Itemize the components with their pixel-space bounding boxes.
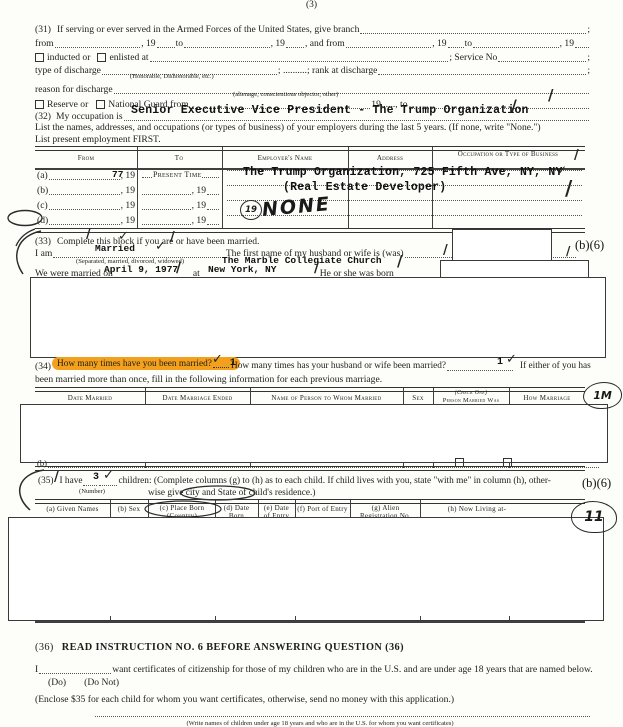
employment-header-to: To: [140, 154, 218, 162]
q35-table-top-border: [35, 499, 585, 504]
q34-header-date-ended: Date Marriage Ended: [147, 394, 248, 402]
blank-a-from: [49, 179, 120, 180]
q31-yr3: , 19: [432, 38, 446, 49]
q31-semi2: ;: [587, 52, 590, 63]
scanned-form-page: (3) (31) If serving or ever served in th…: [0, 0, 623, 727]
row-a-present-time: Present Time: [153, 170, 201, 179]
q31-yr2: , 19: [271, 38, 285, 49]
q32-lead-text: My occupation is: [56, 111, 123, 122]
row-d-yr: , 19: [121, 215, 135, 226]
q31-from: from: [35, 38, 54, 49]
pen-oval-place-born: [144, 500, 222, 518]
q35-col-line-6: [350, 500, 351, 517]
q31-semi: ;: [587, 24, 590, 35]
pen-check-intro33: ✓: [118, 229, 129, 244]
pen-oval-row-d: [6, 209, 44, 227]
row-c-yr: , 19: [121, 200, 135, 211]
q34-header-how-marriage: How Marriage: [511, 394, 583, 402]
typed-answer-2: 1: [497, 357, 503, 368]
employment-header-address: Address: [351, 154, 429, 162]
blank-do-donot: [39, 673, 111, 674]
blank-enlisted-at: [150, 61, 449, 62]
typed-business-type: (Real Estate Developer): [283, 181, 446, 194]
blank-occupation: [124, 120, 589, 121]
dots: [142, 177, 152, 178]
q31-line-discharge: type of discharge ; ..........; rank at …: [35, 65, 590, 76]
blank-branch: [360, 33, 586, 34]
inducted-checkbox[interactable]: [35, 53, 44, 62]
q36-enclose-text: (Enclose $35 for each child for whom you…: [35, 694, 454, 705]
employment-row-c-to: , 19: [141, 200, 220, 211]
employment-row-c-from: (c) , 19: [37, 200, 135, 211]
dots: [213, 367, 229, 368]
pen-slash-occupation: /: [511, 96, 517, 115]
row-b-to-yr: , 19: [192, 185, 206, 196]
q36-label: (36): [35, 642, 54, 654]
q36-certificates-text: want certificates of citizenship for tho…: [112, 664, 592, 675]
blank-from2: [346, 47, 432, 48]
q31-rank-label: ; ..........; rank at discharge: [278, 65, 377, 76]
q35-line-1: (35) I have children: (Complete columns …: [38, 476, 576, 487]
blank-to2: [473, 47, 559, 48]
employment-intro-1: List the names, addresses, and occupatio…: [35, 122, 541, 133]
row-b-label: (b): [37, 185, 48, 196]
q34-table-bottom-border: [35, 466, 585, 471]
q34-header-date-married: Date Married: [40, 394, 140, 402]
q31-line-dates: from , 19 to , 19 , and from , 19 to , 1…: [35, 38, 590, 49]
q31-yr4: , 19: [560, 38, 574, 49]
q31-service-label: ; Service No: [449, 52, 497, 63]
dots: [142, 194, 191, 195]
employment-row-b-to: , 19: [141, 185, 220, 196]
q31-inducted-label: inducted or: [47, 52, 90, 63]
pen-slash-business: /: [565, 176, 572, 200]
redaction-box-spouse-name: [452, 229, 552, 264]
typed-year-77: 77: [112, 169, 123, 180]
typed-children-count: 3: [93, 472, 99, 483]
q35-header-date-entry: (e) Date: [259, 504, 294, 512]
q36-certificates-line: I want certificates of citizenship for t…: [35, 664, 590, 675]
q35-header-port-entry: (f) Port of Entry: [296, 505, 349, 513]
employment-header-occupation: Occupation or Type of Business: [438, 150, 578, 158]
employment-row-d-from: (d) , 19: [37, 215, 135, 226]
blank-reason: [114, 93, 589, 94]
circled-1m-text: 1M: [593, 389, 612, 402]
q35-col-stub-5: [509, 616, 510, 621]
q31-reason-hint: (alienage, conscientious objector, other…: [233, 91, 338, 98]
q32-label: (32): [35, 111, 51, 122]
q35-col-stub-1: [110, 616, 111, 621]
blank-children-names: [95, 708, 590, 717]
q35-i-have-label: I have: [60, 476, 83, 487]
row-a-label: (a): [37, 170, 48, 181]
circled-1m-annotation: 1M: [583, 382, 622, 409]
q31-yr1: , 19: [141, 38, 155, 49]
q36-do-label: (Do): [48, 677, 66, 688]
q34-label: (34): [35, 361, 51, 372]
blank-service-no: [498, 61, 586, 62]
q31-discharge-hint: (Honorable, Dishonorable, etc.): [130, 73, 214, 80]
dots: [202, 177, 219, 178]
pen-slash-date: /: [176, 260, 181, 276]
employment-row-d-to: , 19: [141, 215, 220, 226]
pen-check-married: ✓: [155, 239, 166, 254]
circled-11-annotation: 11: [571, 501, 617, 533]
dots: [447, 370, 513, 371]
pen-slash-guard: /: [548, 86, 553, 104]
dots: [83, 485, 97, 486]
dots: [142, 209, 191, 210]
blank-b-from: [49, 194, 119, 195]
q31-enlisted-label: enlisted at: [109, 52, 148, 63]
q34-cont-2: been married more than once, fill in the…: [35, 374, 382, 385]
q35-header-sex: (b) Sex: [111, 505, 147, 513]
q31-to2: to: [465, 38, 472, 49]
q31-line-enlisted: inducted or enlisted at ; Service No ;: [35, 52, 590, 63]
q35-col-stub-3: [295, 616, 296, 621]
q31-line-branch: (31) If serving or ever served in the Ar…: [35, 24, 590, 35]
pen-slash-occ-header: /: [574, 148, 579, 163]
blank-yr3: [448, 47, 464, 48]
pen-check-children: ✓: [103, 468, 114, 483]
dots: [207, 209, 219, 210]
redaction-box-q34-block: [20, 404, 608, 463]
foia-exemption-label-2: (b)(6): [582, 476, 611, 491]
employment-intro-2: List present employment FIRST.: [35, 134, 161, 145]
employment-col-line-1: [137, 147, 138, 228]
employment-col-line-2: [222, 147, 223, 228]
pen-check-answer-2: ✓: [506, 352, 517, 367]
blank-yr2: [286, 47, 304, 48]
q34-question-1: How many times have you been married?: [57, 359, 212, 369]
pen-check-employer: ✓: [557, 163, 567, 177]
q31-to1: to: [176, 38, 183, 49]
q35-col-line-7: [420, 500, 421, 517]
blank-from-date: [55, 47, 141, 48]
q35-header-alien-no: (g) Alien: [352, 504, 419, 512]
q35-header-now-living: (h) Now Living at-: [422, 505, 532, 513]
row-c-to-yr: , 19: [192, 200, 206, 211]
q35-table-bottom-border: [35, 621, 585, 623]
row-b-yr: , 19: [121, 185, 135, 196]
typed-occupation: Senior Executive Vice President - The Tr…: [131, 104, 529, 117]
page-number: (3): [0, 0, 623, 10]
redaction-box-q35-block: [8, 517, 604, 621]
blank-yr1: [157, 47, 175, 48]
reserve-checkbox[interactable]: [35, 100, 44, 109]
q35-col-stub-2: [215, 616, 216, 621]
pen-slash-was: /: [443, 243, 448, 258]
circled-19-annotation: 19: [240, 200, 262, 220]
typed-marital-status: Married: [95, 243, 135, 254]
q31-semi3: ;: [587, 65, 590, 76]
q36-caption: (Write names of children under age 18 ye…: [150, 720, 490, 727]
pen-slash-after-box: /: [566, 244, 570, 258]
typed-marriage-city: New York, NY: [208, 264, 276, 275]
dots: [99, 485, 117, 486]
q36-do-not-label: (Do Not): [84, 677, 119, 688]
blank-rank: [378, 74, 586, 75]
q31-andfrom: , and from: [305, 38, 345, 49]
q35-col-stub-4: [420, 616, 421, 621]
q36-title-text: READ INSTRUCTION NO. 6 BEFORE ANSWERING …: [62, 642, 404, 654]
employment-row-b-from: (b) , 19: [37, 185, 135, 196]
blank-yr4: [575, 47, 589, 48]
q35-header-given-names: (a) Given Names: [37, 505, 108, 513]
foia-exemption-label-1: (b)(6): [575, 238, 604, 253]
national-guard-checkbox[interactable]: [96, 100, 105, 109]
q34-question-2: How many times has your husband or wife …: [231, 361, 446, 372]
dots: [207, 224, 219, 225]
circled-11-text: 11: [584, 509, 603, 525]
pen-check-answer-1: ✓: [212, 352, 223, 367]
q34-header-sex: Sex: [403, 394, 433, 402]
q35-number-hint: (Number): [79, 488, 105, 495]
typed-employer: The Trump Organization, 725 Fifth Ave, N…: [243, 166, 563, 179]
dots: [142, 224, 191, 225]
q31-reason-label: reason for discharge: [35, 84, 113, 95]
q36-title-line: (36) READ INSTRUCTION NO. 6 BEFORE ANSWE…: [35, 642, 465, 654]
dots: [207, 194, 219, 195]
q34-header-person-name: Name of Person to Whom Married: [252, 394, 401, 402]
pen-slash-q35: /: [54, 470, 59, 485]
enlisted-checkbox[interactable]: [97, 53, 106, 62]
pen-circle-q33: [8, 228, 44, 276]
q31-label: (31): [35, 24, 51, 35]
q34-header-check-one: (Check One): [434, 390, 508, 397]
pen-slash-city: /: [314, 260, 319, 276]
q35-header-date-born: (d) Date: [216, 504, 257, 512]
q31-branch-text: If serving or ever served in the Armed F…: [57, 24, 359, 35]
employment-row-a-to: Present Time: [141, 170, 220, 179]
row-d-to-yr: , 19: [192, 215, 206, 226]
redaction-box-q33-block: [30, 277, 606, 358]
employment-header-employer: Employer's Name: [225, 154, 345, 162]
q31-discharge-label: type of discharge: [35, 65, 101, 76]
q34-question-2-line: How many times has your husband or wife …: [231, 361, 514, 372]
circled-19-text: 19: [245, 205, 257, 215]
employment-header-from: From: [40, 154, 132, 162]
q36-do-options: (Do) (Do Not): [48, 677, 148, 688]
q34-cont-1: If either of you has: [520, 361, 591, 371]
typed-marriage-date: April 9, 1977: [104, 264, 178, 275]
q36-i-label: I: [35, 664, 38, 675]
q31-reserve-label: Reserve or: [47, 99, 88, 110]
blank-to-date: [184, 47, 270, 48]
blank-c-from: [49, 209, 120, 210]
blank-d-from: [49, 224, 119, 225]
